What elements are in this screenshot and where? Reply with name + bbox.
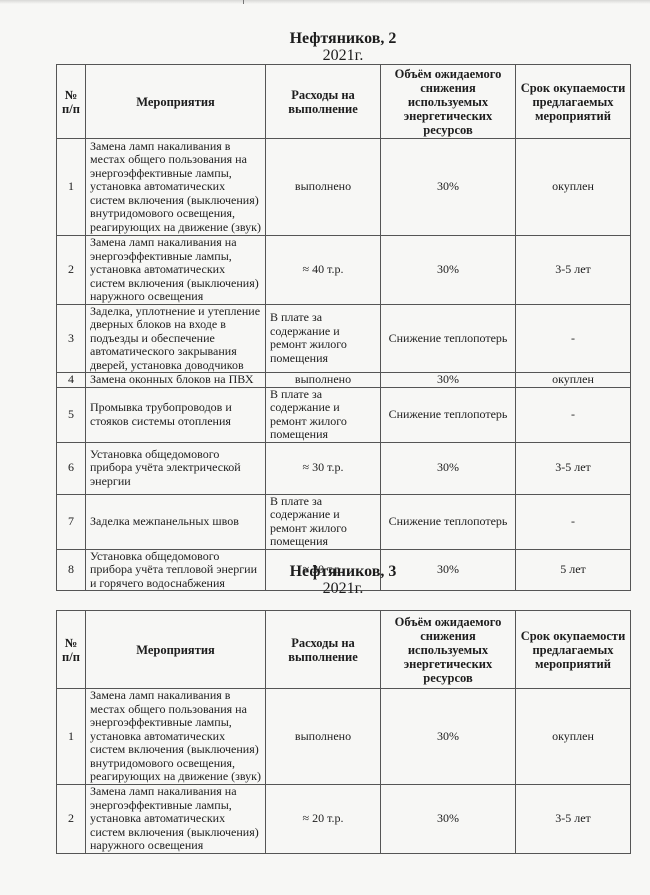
section-title: Нефтяников, 2 <box>56 30 630 48</box>
col-header-num: № п/п <box>57 611 86 689</box>
row-number: 1 <box>57 139 86 236</box>
page-top-mark <box>243 0 244 4</box>
row-measure: Замена оконных блоков на ПВХ <box>86 373 266 388</box>
row-payback: - <box>516 387 631 442</box>
measures-table: № п/п Мероприятия Расходы на выполнение … <box>56 64 631 591</box>
row-reduction: 30% <box>381 442 516 494</box>
row-number: 7 <box>57 494 86 549</box>
col-header-reduction: Объём ожидаемого снижения используемых э… <box>381 65 516 139</box>
col-header-payback: Срок окупаемости предлагаемых мероприяти… <box>516 611 631 689</box>
table-row: 5Промывка трубопроводов и стояков систем… <box>57 387 631 442</box>
row-number: 5 <box>57 387 86 442</box>
table-header-row: № п/п Мероприятия Расходы на выполнение … <box>57 611 631 689</box>
table-row: 2Замена ламп накаливания на энергоэффект… <box>57 236 631 305</box>
row-measure: Заделка, уплотнение и утепление дверных … <box>86 304 266 373</box>
row-reduction: Снижение теплопотерь <box>381 494 516 549</box>
row-measure: Замена ламп накаливания в местах общего … <box>86 139 266 236</box>
row-measure: Промывка трубопроводов и стояков системы… <box>86 387 266 442</box>
row-payback: окуплен <box>516 373 631 388</box>
row-cost: В плате за содержание и ремонт жилого по… <box>266 304 381 373</box>
row-number: 2 <box>57 785 86 854</box>
section-year: 2021г. <box>56 48 630 64</box>
row-cost: ≈ 40 т.р. <box>266 236 381 305</box>
row-reduction: Снижение теплопотерь <box>381 304 516 373</box>
row-reduction: 30% <box>381 785 516 854</box>
row-reduction: 30% <box>381 373 516 388</box>
row-cost: выполнено <box>266 689 381 785</box>
table-row: 1Замена ламп накаливания в местах общего… <box>57 139 631 236</box>
col-header-cost: Расходы на выполнение <box>266 65 381 139</box>
row-cost: выполнено <box>266 373 381 388</box>
row-measure: Заделка межпанельных швов <box>86 494 266 549</box>
table-row: 3Заделка, уплотнение и утепление дверных… <box>57 304 631 373</box>
col-header-num: № п/п <box>57 65 86 139</box>
row-payback: - <box>516 494 631 549</box>
row-payback: 3-5 лет <box>516 442 631 494</box>
row-reduction: 30% <box>381 139 516 236</box>
table-row: 4Замена оконных блоков на ПВХвыполнено30… <box>57 373 631 388</box>
row-measure: Установка общедомового прибора учёта эле… <box>86 442 266 494</box>
row-cost: В плате за содержание и ремонт жилого по… <box>266 387 381 442</box>
table-row: 6Установка общедомового прибора учёта эл… <box>57 442 631 494</box>
col-header-reduction: Объём ожидаемого снижения используемых э… <box>381 611 516 689</box>
row-payback: - <box>516 304 631 373</box>
row-payback: окуплен <box>516 689 631 785</box>
row-number: 6 <box>57 442 86 494</box>
row-number: 3 <box>57 304 86 373</box>
row-measure: Замена ламп накаливания в местах общего … <box>86 689 266 785</box>
row-number: 2 <box>57 236 86 305</box>
row-number: 1 <box>57 689 86 785</box>
table-row: 1Замена ламп накаливания в местах общего… <box>57 689 631 785</box>
row-number: 4 <box>57 373 86 388</box>
section-neftyanikov-3: Нефтяников, 3 2021г. № п/п Мероприятия Р… <box>56 563 630 854</box>
col-header-measure: Мероприятия <box>86 611 266 689</box>
table-header-row: № п/п Мероприятия Расходы на выполнение … <box>57 65 631 139</box>
row-cost: выполнено <box>266 139 381 236</box>
page-top-edge <box>0 0 650 4</box>
col-header-payback: Срок окупаемости предлагаемых мероприяти… <box>516 65 631 139</box>
section-neftyanikov-2: Нефтяников, 2 2021г. № п/п Мероприятия Р… <box>56 30 630 591</box>
row-cost: ≈ 30 т.р. <box>266 442 381 494</box>
row-measure: Замена ламп накаливания на энергоэффекти… <box>86 785 266 854</box>
row-measure: Замена ламп накаливания на энергоэффекти… <box>86 236 266 305</box>
section-title: Нефтяников, 3 <box>56 563 630 581</box>
row-reduction: Снижение теплопотерь <box>381 387 516 442</box>
measures-table: № п/п Мероприятия Расходы на выполнение … <box>56 610 631 854</box>
row-reduction: 30% <box>381 236 516 305</box>
row-reduction: 30% <box>381 689 516 785</box>
row-cost: ≈ 20 т.р. <box>266 785 381 854</box>
section-year: 2021г. <box>56 581 630 597</box>
col-header-measure: Мероприятия <box>86 65 266 139</box>
row-cost: В плате за содержание и ремонт жилого по… <box>266 494 381 549</box>
table-row: 2Замена ламп накаливания на энергоэффект… <box>57 785 631 854</box>
row-payback: 3-5 лет <box>516 236 631 305</box>
row-payback: окуплен <box>516 139 631 236</box>
row-payback: 3-5 лет <box>516 785 631 854</box>
col-header-cost: Расходы на выполнение <box>266 611 381 689</box>
table-row: 7Заделка межпанельных швовВ плате за сод… <box>57 494 631 549</box>
